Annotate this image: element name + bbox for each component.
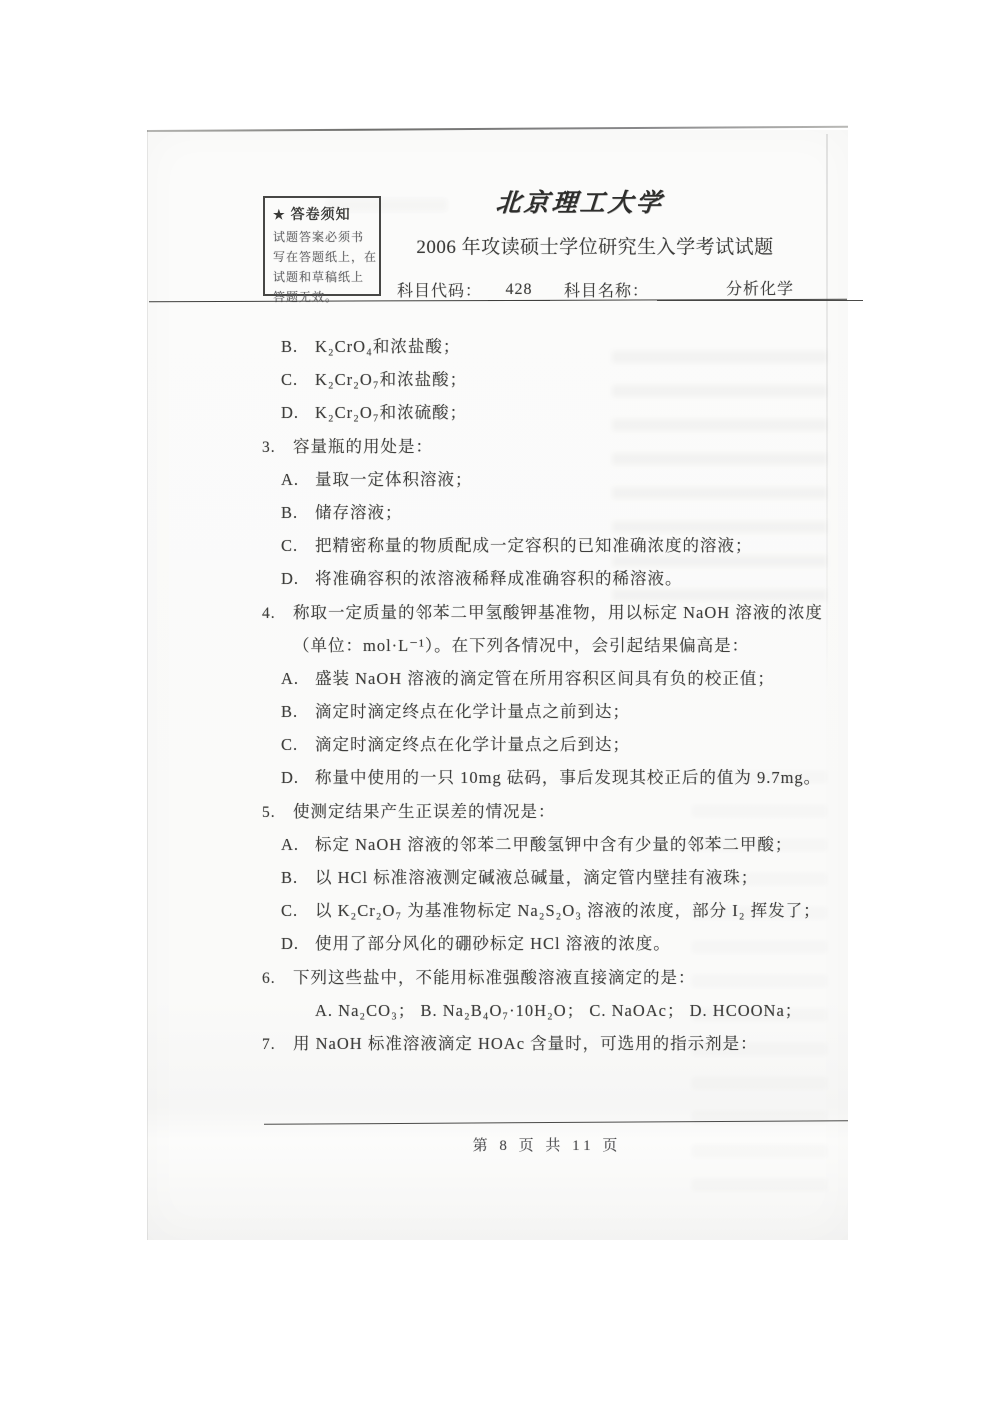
notice-line: 写在答题纸上，在 [273,247,372,267]
option-text: K₂Cr₂O₇和浓硫酸； [315,399,467,423]
option-line: B.滴定时滴定终点在化学计量点之前到达； [262,698,837,731]
question-line: 7.用 NaOH 标准溶液滴定 HOAc 含量时，可选用的指示剂是： [262,1030,837,1063]
notice-body: 试题答案必须书 写在答题纸上，在 试题和草稿纸上 答题无效。 [273,227,372,307]
option-line: B.以 HCl 标准溶液测定碱液总碱量，滴定管内壁挂有液珠； [262,864,837,897]
option-line: A.量取一定体积溶液； [262,466,837,499]
exam-title: 2006 年攻读硕士学位研究生入学考试试题 [409,232,781,259]
option-text: 以 HCl 标准溶液测定碱液总碱量，滴定管内壁挂有液珠； [315,864,758,888]
option-line: D.将准确容积的浓溶液稀释成准确容积的稀溶液。 [262,565,837,598]
option-line: D.K₂Cr₂O₇和浓硫酸； [262,399,837,432]
question-number: 7. [262,1036,293,1054]
option-line: D.称量中使用的一只 10mg 砝码，事后发现其校正后的值为 9.7mg。 [262,764,837,797]
page-number: 第 8 页 共 11 页 [347,1134,747,1155]
question-number: 6. [262,970,293,988]
option-text: 标定 NaOH 溶液的邻苯二甲酸氢钾中含有少量的邻苯二甲酸； [315,831,792,855]
question-line: 4.称取一定质量的邻苯二甲氢酸钾基准物，用以标定 NaOH 溶液的浓度 [262,599,837,632]
question-text: 使测定结果产生正误差的情况是： [293,798,556,822]
option-text: 盛装 NaOH 溶液的滴定管在所用容积区间具有负的校正值； [315,665,775,689]
subject-code-label: 科目代码： [397,278,482,301]
option-label: A. [281,669,315,689]
option-label: C. [281,536,315,556]
question-line: 3.容量瓶的用处是： [262,433,837,466]
paper-left-edge [147,130,148,1240]
question-line: 6.下列这些盐中，不能用标准强酸溶液直接滴定的是： [262,964,837,997]
options-row-text: A. Na₂CO₃； B. Na₂B₄O₇·10H₂O； C. NaOAc； D… [315,997,802,1021]
option-text: K₂Cr₂O₇和浓盐酸； [315,366,467,390]
option-label: B. [281,337,315,357]
option-label: A. [281,470,315,490]
question-text: 下列这些盐中，不能用标准强酸溶液直接滴定的是： [293,964,696,988]
option-line: B.储存溶液； [262,499,837,532]
option-text: 使用了部分风化的硼砂标定 HCl 溶液的浓度。 [315,930,671,954]
question-text: （单位：mol·L⁻¹）。在下列各情况中，会引起结果偏高是： [293,632,749,656]
option-label: D. [281,768,315,788]
scanned-exam-page: ★答卷须知 试题答案必须书 写在答题纸上，在 试题和草稿纸上 答题无效。 北京理… [147,130,848,1240]
option-line: C.把精密称量的物质配成一定容积的已知准确浓度的溶液； [262,532,837,565]
notice-line: 试题和草稿纸上 [273,267,372,287]
option-label: A. [281,835,315,855]
option-text: 将准确容积的浓溶液稀释成准确容积的稀溶液。 [315,565,683,589]
option-label: B. [281,868,315,888]
question-number: 4. [262,605,293,623]
notice-line: 试题答案必须书 [273,227,372,247]
options-row-line: A. Na₂CO₃； B. Na₂B₄O₇·10H₂O； C. NaOAc； D… [262,997,837,1030]
option-label: B. [281,503,315,523]
question-number: 5. [262,804,293,822]
option-label: C. [281,735,315,755]
paper-top-edge [147,126,848,132]
question-body: B.K₂CrO₄和浓盐酸； C.K₂Cr₂O₇和浓盐酸； D.K₂Cr₂O₇和浓… [262,333,837,1063]
university-title: 北京理工大学 [429,183,732,219]
option-text: 以 K₂Cr₂O₇ 为基准物标定 Na₂S₂O₃ 溶液的浓度，部分 I₂ 挥发了… [315,897,821,921]
option-text: 量取一定体积溶液； [315,466,473,490]
option-line: C.滴定时滴定终点在化学计量点之后到达； [262,731,837,764]
option-line: C.K₂Cr₂O₇和浓盐酸； [262,366,837,399]
continuation-line: （单位：mol·L⁻¹）。在下列各情况中，会引起结果偏高是： [262,632,837,665]
option-line: A.盛装 NaOH 溶液的滴定管在所用容积区间具有负的校正值； [262,665,837,698]
option-label: D. [281,569,315,589]
option-text: 滴定时滴定终点在化学计量点之前到达； [315,698,630,722]
subject-row: 科目代码： 428 科目名称： 分析化学 [397,276,863,301]
footer-rule [264,1120,848,1125]
option-line: B.K₂CrO₄和浓盐酸； [262,333,837,366]
question-line: 5.使测定结果产生正误差的情况是： [262,798,837,831]
option-text: 储存溶液； [315,499,403,523]
option-line: A.标定 NaOH 溶液的邻苯二甲酸氢钾中含有少量的邻苯二甲酸； [262,831,837,864]
option-label: D. [281,934,315,954]
question-text: 容量瓶的用处是： [293,433,433,457]
notice-line: 答题无效。 [273,287,372,307]
option-line: D.使用了部分风化的硼砂标定 HCl 溶液的浓度。 [262,930,837,963]
question-text: 用 NaOH 标准溶液滴定 HOAc 含量时，可选用的指示剂是： [293,1030,758,1054]
question-number: 3. [262,439,293,457]
subject-code-value: 428 [488,281,550,301]
notice-title-text: 答卷须知 [291,208,351,223]
option-text: 称量中使用的一只 10mg 砝码，事后发现其校正后的值为 9.7mg。 [315,764,821,788]
option-label: D. [281,403,315,423]
option-text: K₂CrO₄和浓盐酸； [315,333,460,357]
option-label: B. [281,702,315,722]
answer-notice-box: ★答卷须知 试题答案必须书 写在答题纸上，在 试题和草稿纸上 答题无效。 [263,196,381,296]
option-label: C. [281,370,315,390]
question-text: 称取一定质量的邻苯二甲氢酸钾基准物，用以标定 NaOH 溶液的浓度 [293,599,823,623]
option-text: 把精密称量的物质配成一定容积的已知准确浓度的溶液； [315,532,753,556]
option-label: C. [281,901,315,921]
star-icon: ★ [273,207,286,222]
option-line: C.以 K₂Cr₂O₇ 为基准物标定 Na₂S₂O₃ 溶液的浓度，部分 I₂ 挥… [262,897,837,930]
notice-title: ★答卷须知 [273,204,372,224]
subject-name-label: 科目名称： [564,278,649,301]
option-text: 滴定时滴定终点在化学计量点之后到达； [315,731,630,755]
subject-name-value: 分析化学 [657,276,863,301]
